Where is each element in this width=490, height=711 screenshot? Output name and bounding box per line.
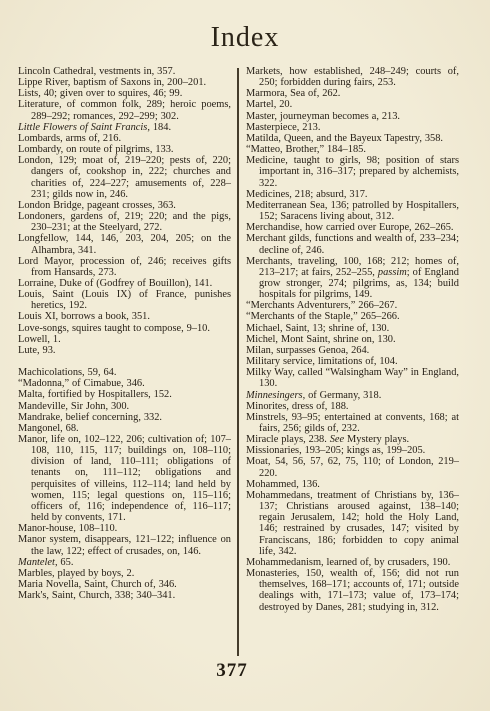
index-column-left: Lincoln Cathedral, vestments in, 357.Lip…	[18, 66, 237, 656]
index-entry: Londoners, gardens of, 219; 220; and the…	[18, 211, 231, 233]
index-column-right: Markets, how established, 248–249; court…	[239, 66, 459, 656]
index-entry: Military service, limitations of, 104.	[246, 356, 459, 367]
index-entry: Milan, surpasses Genoa, 264.	[246, 345, 459, 356]
index-entry: Lombards, arms of, 216.	[18, 133, 231, 144]
index-entry: Lorraine, Duke of (Godfrey of Bouillon),…	[18, 278, 231, 289]
index-entry: “Matteo, Brother,” 184–185.	[246, 144, 459, 155]
index-entry: Michel, Mont Saint, shrine on, 130.	[246, 334, 459, 345]
page-title: Index	[0, 0, 490, 54]
index-entry: Marmora, Sea of, 262.	[246, 88, 459, 99]
index-entry: Michael, Saint, 13; shrine of, 130.	[246, 323, 459, 334]
index-entry: Lists, 40; given over to squires, 46; 99…	[18, 88, 231, 99]
index-entry: “Madonna,” of Cimabue, 346.	[18, 378, 231, 389]
index-entry: Missionaries, 193–205; kings as, 199–205…	[246, 445, 459, 456]
index-entry: “Merchants of the Staple,” 265–266.	[246, 311, 459, 322]
index-entry: Miracle plays, 238. See Mystery plays.	[246, 434, 459, 445]
index-entry: Mohammedans, treatment of Christians by,…	[246, 490, 459, 557]
index-entry: Love-songs, squires taught to compose, 9…	[18, 323, 231, 334]
index-entry: Mediterranean Sea, 136; patrolled by Hos…	[246, 200, 459, 222]
index-entry: Malta, fortified by Hospitallers, 152.	[18, 389, 231, 400]
index-entry: Marbles, played by boys, 2.	[18, 568, 231, 579]
index-entry: Maria Novella, Saint, Church of, 346.	[18, 579, 231, 590]
index-entry: Lute, 93.	[18, 345, 231, 356]
index-entry: Louis XI, borrows a book, 351.	[18, 311, 231, 322]
index-entry: Minnesingers, of Germany, 318.	[246, 390, 459, 401]
page-number: 377	[0, 660, 477, 682]
index-entry: Merchant gilds, functions and wealth of,…	[246, 233, 459, 255]
index-entry: Milky Way, called “Walsingham Way” in En…	[246, 367, 459, 389]
index-entry: “Merchants Adventurers,” 266–267.	[246, 300, 459, 311]
index-entry: Masterpiece, 213.	[246, 122, 459, 133]
index-entry: Mark's, Saint, Church, 338; 340–341.	[18, 590, 231, 601]
index-entry: London, 129; moat of, 219–220; pests of,…	[18, 155, 231, 200]
index-entry: Mohammed, 136.	[246, 479, 459, 490]
index-entry: Merchants, traveling, 100, 168; 212; hom…	[246, 256, 459, 301]
index-entry: Markets, how established, 248–249; court…	[246, 66, 459, 88]
index-entry: Louis, Saint (Louis IX) of France, punis…	[18, 289, 231, 311]
index-entry: Manor system, disappears, 121–122; influ…	[18, 534, 231, 556]
index-entry: Machicolations, 59, 64.	[18, 367, 231, 378]
index-entry: Lord Mayor, procession of, 246; receives…	[18, 256, 231, 278]
index-entry: Martel, 20.	[246, 99, 459, 110]
index-entry: Little Flowers of Saint Francis, 184.	[18, 122, 231, 133]
index-entry: Lowell, 1.	[18, 334, 231, 345]
index-entry: Mandeville, Sir John, 300.	[18, 401, 231, 412]
index-columns: Lincoln Cathedral, vestments in, 357.Lip…	[0, 54, 490, 656]
index-entry: Minorites, dress of, 188.	[246, 401, 459, 412]
index-entry: London Bridge, pageant crosses, 363.	[18, 200, 231, 211]
index-entry: Literature, of common folk, 289; heroic …	[18, 99, 231, 121]
index-entry: Minstrels, 93–95; entertained at convent…	[246, 412, 459, 434]
index-entry: Monasteries, 150, wealth of, 156; did no…	[246, 568, 459, 613]
index-entry: Matilda, Queen, and the Bayeux Tapestry,…	[246, 133, 459, 144]
index-entry: Merchandise, how carried over Europe, 26…	[246, 222, 459, 233]
index-entry: Mantelet, 65.	[18, 557, 231, 568]
index-entry: Lincoln Cathedral, vestments in, 357.	[18, 66, 231, 77]
index-entry: Mohammedanism, learned of, by crusaders,…	[246, 557, 459, 568]
index-entry: Lombardy, on route of pilgrims, 133.	[18, 144, 231, 155]
index-entry: Lippe River, baptism of Saxons in, 200–2…	[18, 77, 231, 88]
index-entry: Longfellow, 144, 146, 203, 204, 205; on …	[18, 233, 231, 255]
index-entry: Medicine, taught to girls, 98; position …	[246, 155, 459, 188]
index-entry: Master, journeyman becomes a, 213.	[246, 111, 459, 122]
index-entry: Mandrake, belief concerning, 332.	[18, 412, 231, 423]
index-entry: Medicines, 218; absurd, 317.	[246, 189, 459, 200]
book-index-page: Index Lincoln Cathedral, vestments in, 3…	[0, 0, 490, 711]
index-entry: Mangonel, 68.	[18, 423, 231, 434]
index-entry: Manor-house, 108–110.	[18, 523, 231, 534]
index-entry: Manor, life on, 102–122, 206; cultivatio…	[18, 434, 231, 523]
index-entry: Moat, 54, 56, 57, 62, 75, 110; of London…	[246, 456, 459, 478]
